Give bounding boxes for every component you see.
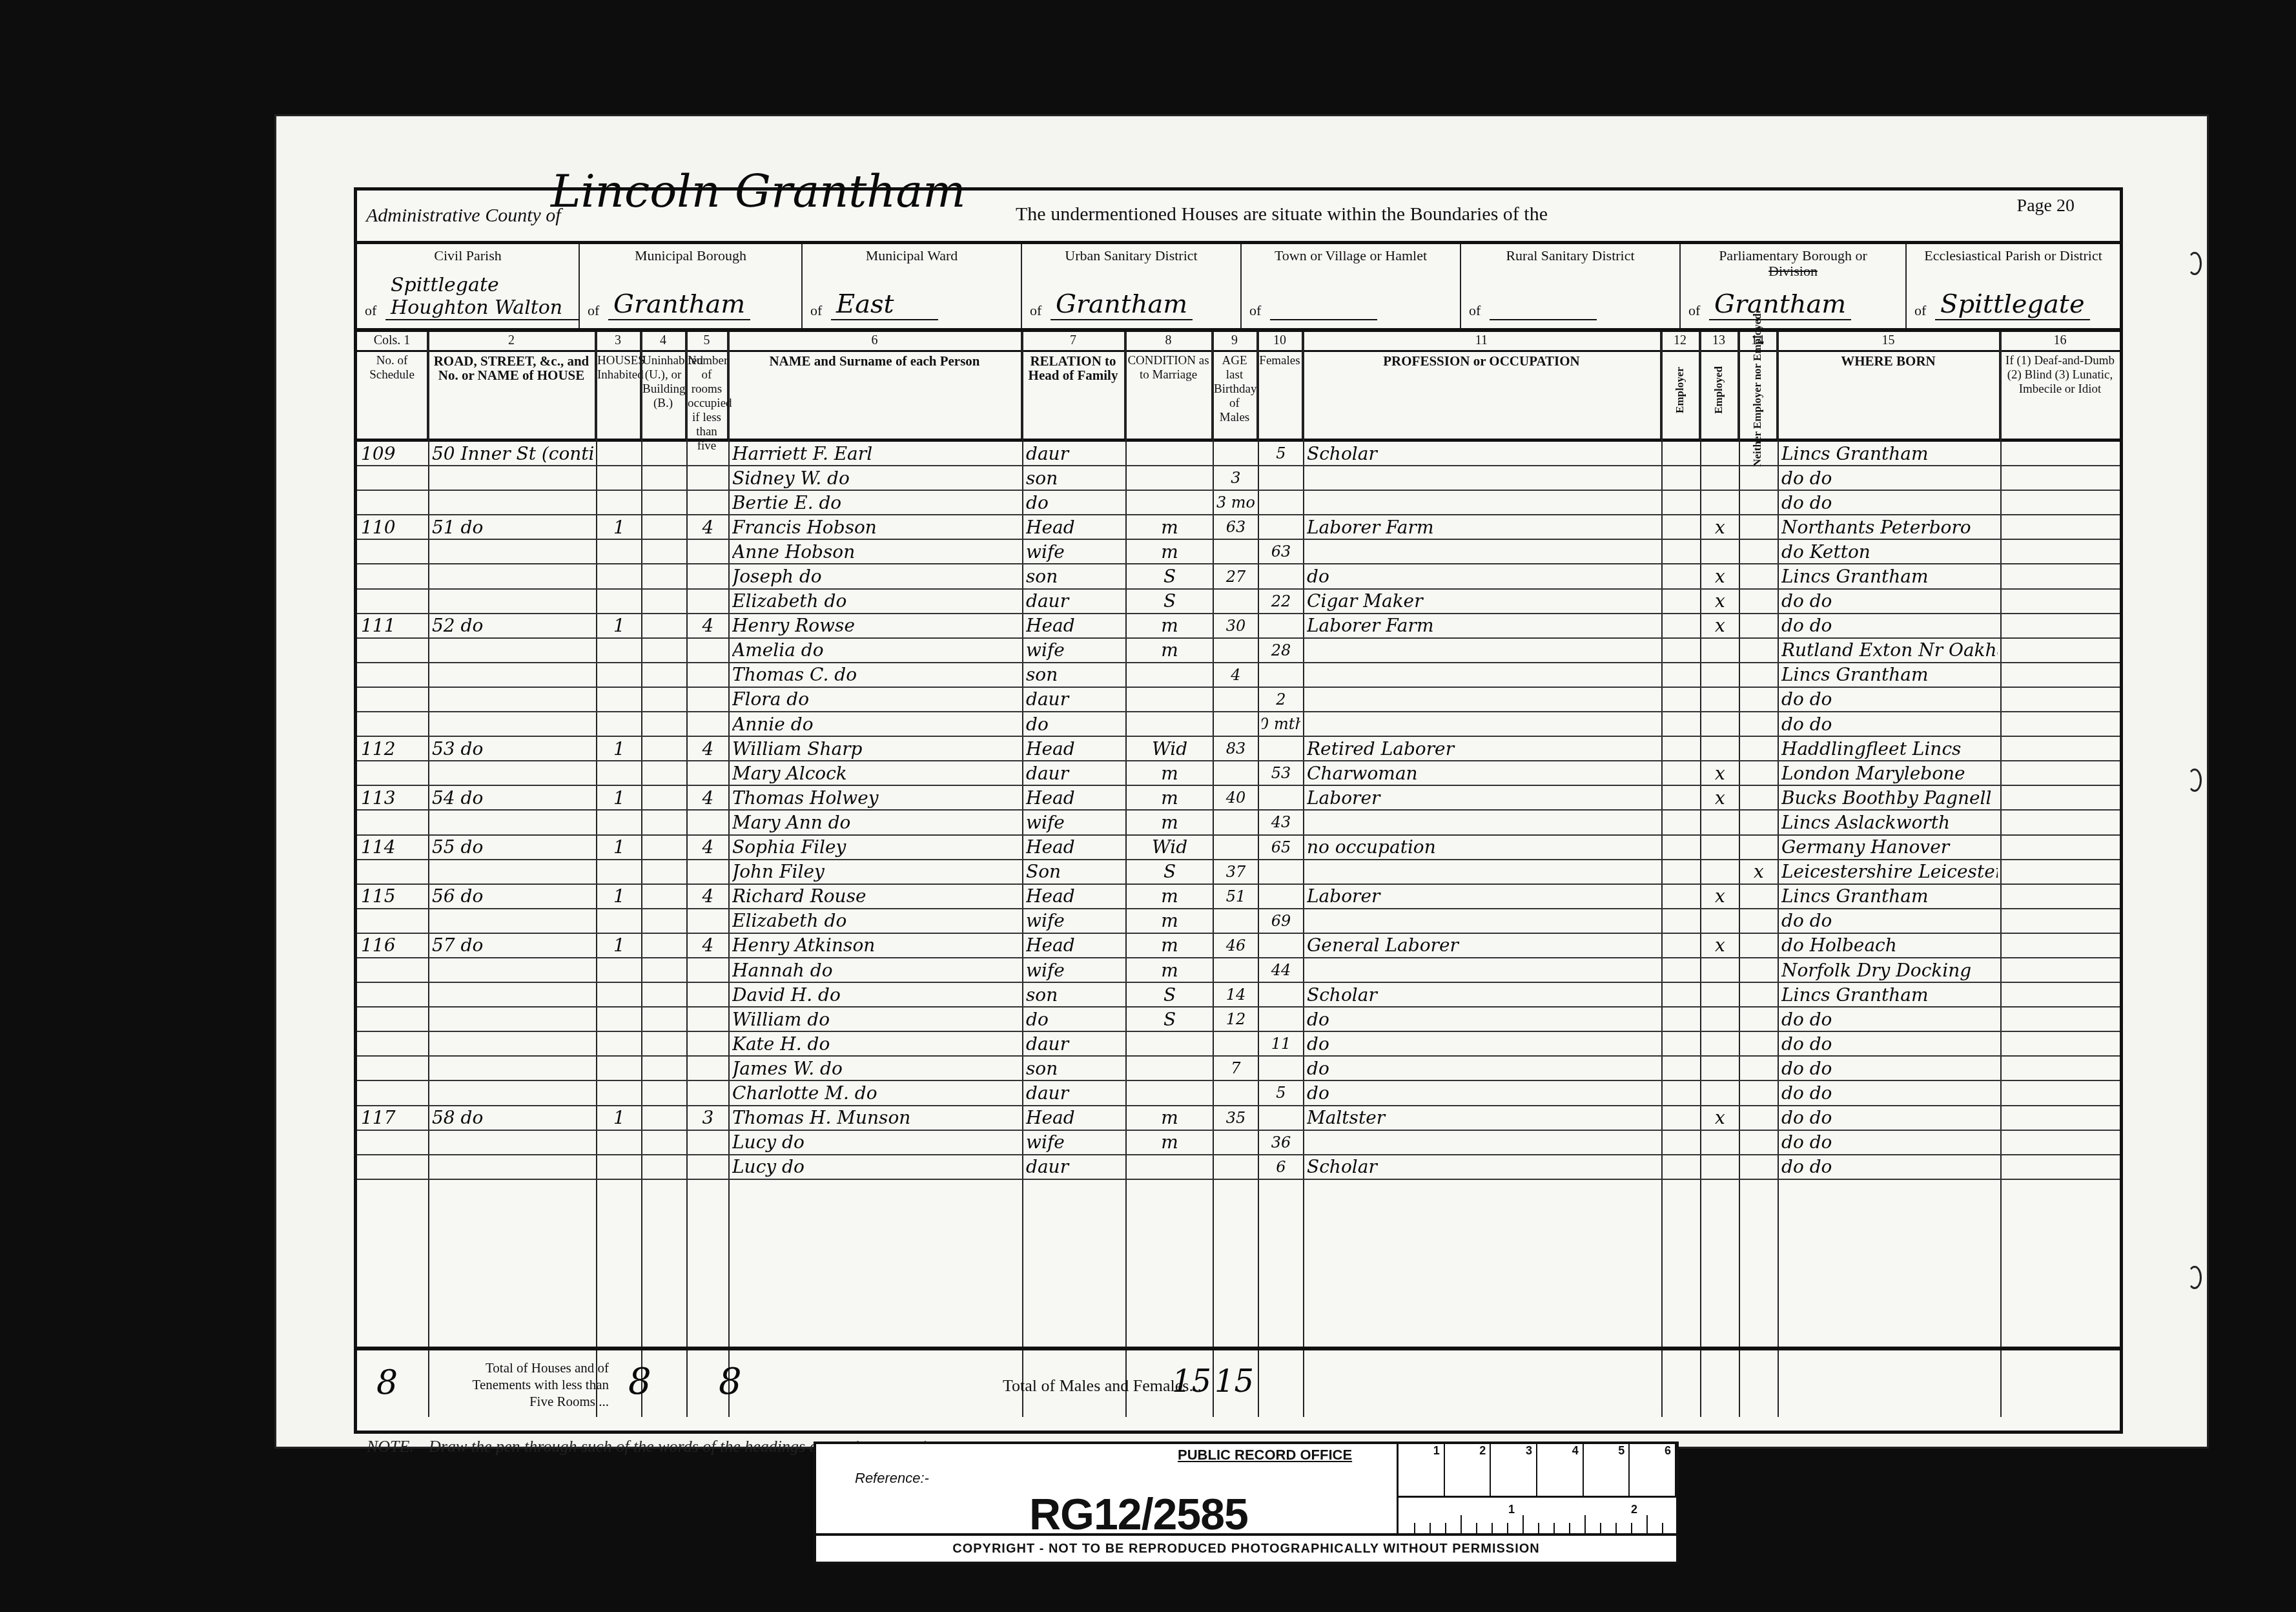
infirmity-cell [2004, 1131, 2117, 1154]
employer-cell [1665, 1057, 1697, 1080]
name-cell: William Sharp [732, 737, 1020, 760]
employer-cell [1665, 1155, 1697, 1179]
occupation-cell [1307, 540, 1659, 563]
column-number: 15 [1778, 333, 1999, 352]
employed-cell [1704, 860, 1736, 883]
table-row: Lucy dodaur6Scholardo do [357, 1155, 2120, 1180]
column-heading: Employer [1674, 367, 1686, 413]
column-heading: Employed [1712, 366, 1725, 414]
rooms-cell: 4 [690, 786, 726, 809]
rooms-cell [690, 761, 726, 785]
infirmity-cell [2004, 885, 2117, 908]
rooms-cell: 3 [690, 1106, 726, 1130]
age-males-cell: 35 [1216, 1106, 1255, 1130]
schedule-cell [361, 1131, 425, 1154]
ruler-tick [1522, 1515, 1524, 1534]
table-row: 11253 do14William SharpHeadWid83Retired … [357, 737, 2120, 761]
where-born-cell: Bucks Boothby Pagnell [1781, 786, 1998, 809]
schedule-cell: 109 [361, 442, 425, 465]
name-cell: Mary Ann do [732, 811, 1020, 834]
address-cell [432, 983, 593, 1006]
column-number: 9 [1213, 333, 1256, 352]
where-born-cell: Germany Hanover [1781, 836, 1998, 859]
name-cell: Henry Atkinson [732, 934, 1020, 957]
name-cell: Joseph do [732, 564, 1020, 588]
header-employed-col: 13Employed [1700, 332, 1739, 439]
schedule-cell: 116 [361, 934, 425, 957]
condition-cell: m [1129, 1131, 1210, 1154]
employed-cell [1704, 909, 1736, 933]
column-headers: Cols. 1No. of Schedule2ROAD, STREET, &c.… [357, 332, 2120, 442]
rooms-cell [690, 958, 726, 982]
age-females-cell [1262, 614, 1300, 637]
employed-cell: x [1704, 1106, 1736, 1130]
employer-cell [1665, 491, 1697, 514]
employer-cell [1665, 860, 1697, 883]
address-cell [432, 1081, 593, 1104]
employed-cell [1704, 1081, 1736, 1104]
relation-cell: Head [1026, 1106, 1123, 1130]
column-heading: NAME and Surname of each Person [730, 354, 1020, 368]
column-heading: PROFESSION or OCCUPATION [1304, 354, 1659, 368]
area-rural-sanitary-district: Rural Sanitary District of [1461, 244, 1681, 328]
schedule-cell: 112 [361, 737, 425, 760]
where-born-cell: do do [1781, 1155, 1998, 1179]
address-cell [432, 1131, 593, 1154]
where-born-cell: Lincs Grantham [1781, 442, 1998, 465]
age-males-cell [1216, 540, 1255, 563]
address-cell [432, 1057, 593, 1080]
occupation-cell: Laborer Farm [1307, 614, 1659, 637]
schedule-cell [361, 1081, 425, 1104]
name-cell: Mary Alcock [732, 761, 1020, 785]
employer-cell [1665, 909, 1697, 933]
reference-code: RG12/2585 [1029, 1489, 1248, 1540]
name-cell: Thomas C. do [732, 663, 1020, 687]
condition-cell [1129, 442, 1210, 465]
schedule-cell [361, 688, 425, 711]
inhabited-cell [600, 590, 639, 613]
address-cell: 56 do [432, 885, 593, 908]
infirmity-cell [2004, 786, 2117, 809]
name-cell: David H. do [732, 983, 1020, 1006]
age-females-cell [1262, 466, 1300, 490]
employer-cell [1665, 639, 1697, 662]
name-cell: Harriett F. Earl [732, 442, 1020, 465]
area-town-village: Town or Village or Hamlet of [1242, 244, 1461, 328]
schedule-cell: 117 [361, 1106, 425, 1130]
rooms-cell [690, 466, 726, 490]
condition-cell [1129, 1057, 1210, 1080]
ecclesiastical-parish-value: Spittlegate [1935, 289, 2090, 320]
age-females-cell [1262, 663, 1300, 687]
header-inhabited-col: 3HOUSES Inhabited [596, 332, 641, 439]
rooms-cell [690, 491, 726, 514]
table-row: Kate H. dodaur11dodo do [357, 1032, 2120, 1057]
condition-cell [1129, 1081, 1210, 1104]
age-females-cell [1262, 564, 1300, 588]
employer-cell [1665, 515, 1697, 539]
boundaries-text: The undermentioned Houses are situate wi… [1016, 203, 1548, 225]
employer-cell [1665, 1081, 1697, 1104]
rooms-cell [690, 712, 726, 736]
total-schedules: 8 [376, 1363, 398, 1402]
column-heading: RELATION to Head of Family [1023, 354, 1123, 382]
where-born-cell: do do [1781, 1106, 1998, 1130]
address-cell: 55 do [432, 836, 593, 859]
ruler-cm-mark: 6 [1630, 1444, 1676, 1496]
occupation-cell [1307, 466, 1659, 490]
employed-cell [1704, 491, 1736, 514]
relation-cell: son [1026, 663, 1123, 687]
where-born-cell: Lincs Grantham [1781, 983, 1998, 1006]
age-females-cell: 63 [1262, 540, 1300, 563]
occupation-cell [1307, 663, 1659, 687]
infirmity-cell [2004, 983, 2117, 1006]
inhabited-cell [600, 983, 639, 1006]
neither-cell [1743, 786, 1775, 809]
age-females-cell [1262, 515, 1300, 539]
employed-cell [1704, 639, 1736, 662]
table-row: Hannah dowifem44Norfolk Dry Docking [357, 958, 2120, 983]
infirmity-cell [2004, 491, 2117, 514]
age-males-cell: 7 [1216, 1057, 1255, 1080]
where-born-cell: Haddlingfleet Lincs [1781, 737, 1998, 760]
rooms-cell [690, 590, 726, 613]
relation-cell: wife [1026, 540, 1123, 563]
age-males-cell: 27 [1216, 564, 1255, 588]
employed-cell [1704, 663, 1736, 687]
address-cell [432, 663, 593, 687]
neither-cell: x [1743, 860, 1775, 883]
infirmity-cell [2004, 466, 2117, 490]
occupation-cell: do [1307, 1057, 1659, 1080]
where-born-cell: do do [1781, 1008, 1998, 1031]
where-born-cell: Lincs Grantham [1781, 564, 1998, 588]
employed-cell [1704, 737, 1736, 760]
condition-cell: m [1129, 614, 1210, 637]
column-number: 16 [2000, 333, 2120, 352]
age-females-cell [1262, 786, 1300, 809]
infirmity-cell [2004, 1106, 2117, 1130]
condition-cell: m [1129, 639, 1210, 662]
inhabited-cell [600, 909, 639, 933]
ruler-tick [1646, 1515, 1648, 1534]
occupation-cell: Laborer Farm [1307, 515, 1659, 539]
area-urban-sanitary-district: Urban Sanitary District of Grantham [1022, 244, 1242, 328]
condition-cell: S [1129, 564, 1210, 588]
employed-cell [1704, 1032, 1736, 1055]
inhabited-cell [600, 1008, 639, 1031]
area-municipal-ward: Municipal Ward of East [803, 244, 1022, 328]
address-cell [432, 860, 593, 883]
relation-cell: do [1026, 1008, 1123, 1031]
name-cell: Richard Rouse [732, 885, 1020, 908]
houses-total-label: Total of Houses and of Tenements with le… [447, 1359, 609, 1410]
rooms-cell [690, 909, 726, 933]
condition-cell [1129, 688, 1210, 711]
column-number: 12 [1661, 333, 1699, 352]
header-age-males-col: 9AGE last Birthday of Males [1213, 332, 1258, 439]
age-males-cell [1216, 836, 1255, 859]
condition-cell [1129, 1155, 1210, 1179]
schedule-cell [361, 1155, 425, 1179]
relation-cell: daur [1026, 761, 1123, 785]
area-civil-parish: Civil Parish of Spittlegate Houghton Wal… [357, 244, 580, 328]
employer-cell [1665, 540, 1697, 563]
rooms-cell: 4 [690, 614, 726, 637]
where-born-cell: do do [1781, 466, 1998, 490]
employed-cell [1704, 540, 1736, 563]
relation-cell: do [1026, 712, 1123, 736]
rooms-cell [690, 442, 726, 465]
address-cell: 57 do [432, 934, 593, 957]
relation-cell: Head [1026, 885, 1123, 908]
name-cell: Francis Hobson [732, 515, 1020, 539]
address-cell [432, 811, 593, 834]
occupation-cell: Laborer [1307, 885, 1659, 908]
admin-county-label: Administrative County of [366, 205, 561, 227]
age-males-cell [1216, 712, 1255, 736]
age-males-cell: 14 [1216, 983, 1255, 1006]
where-born-cell: do Ketton [1781, 540, 1998, 563]
rooms-cell [690, 639, 726, 662]
inhabited-cell: 1 [600, 614, 639, 637]
age-females-cell [1262, 983, 1300, 1006]
relation-cell: Head [1026, 934, 1123, 957]
table-row: Sidney W. doson3do do [357, 466, 2120, 491]
total-females: 15 [1215, 1363, 1254, 1400]
rooms-cell: 4 [690, 934, 726, 957]
table-row: Flora dodaur2do do [357, 688, 2120, 712]
age-males-cell [1216, 958, 1255, 982]
household-rows: 10950 Inner St (continued)Harriett F. Ea… [357, 442, 2120, 1180]
neither-cell [1743, 909, 1775, 933]
neither-cell [1743, 1106, 1775, 1130]
infirmity-cell [2004, 639, 2117, 662]
where-born-cell: do do [1781, 909, 1998, 933]
schedule-cell [361, 466, 425, 490]
municipal-ward-value: East [831, 289, 938, 320]
inhabited-cell [600, 811, 639, 834]
schedule-cell [361, 761, 425, 785]
relation-cell: wife [1026, 909, 1123, 933]
where-born-cell: Lincs Aslackworth [1781, 811, 1998, 834]
table-row: 11455 do14Sophia FileyHeadWid65no occupa… [357, 836, 2120, 860]
town-village-value [1270, 319, 1377, 320]
column-number: 6 [728, 333, 1021, 352]
rooms-cell [690, 983, 726, 1006]
header-neither-col: 14Neither Employer nor Employed [1739, 332, 1778, 439]
age-females-cell [1262, 1106, 1300, 1130]
schedule-cell: 113 [361, 786, 425, 809]
inhabited-cell [600, 860, 639, 883]
address-cell [432, 491, 593, 514]
admin-county-value: Lincoln Grantham [551, 165, 966, 218]
table-row: 11657 do14Henry AtkinsonHeadm46General L… [357, 934, 2120, 958]
address-cell: 52 do [432, 614, 593, 637]
employed-cell: x [1704, 761, 1736, 785]
occupation-cell: no occupation [1307, 836, 1659, 859]
occupation-cell: Charwoman [1307, 761, 1659, 785]
ruler-cm-mark: 4 [1537, 1444, 1584, 1496]
occupation-cell: do [1307, 1032, 1659, 1055]
neither-cell [1743, 466, 1775, 490]
occupation-cell [1307, 491, 1659, 514]
table-row: Mary Alcockdaurm53CharwomanxLondon Maryl… [357, 761, 2120, 786]
employed-cell: x [1704, 590, 1736, 613]
inhabited-cell: 1 [600, 737, 639, 760]
age-males-cell: 30 [1216, 614, 1255, 637]
rooms-cell [690, 1131, 726, 1154]
inhabited-cell: 1 [600, 934, 639, 957]
where-born-cell: do Holbeach [1781, 934, 1998, 957]
schedule-cell [361, 491, 425, 514]
schedule-cell [361, 1057, 425, 1080]
infirmity-cell [2004, 1155, 2117, 1179]
infirmity-cell [2004, 688, 2117, 711]
relation-cell: wife [1026, 958, 1123, 982]
employed-cell: x [1704, 564, 1736, 588]
neither-cell [1743, 885, 1775, 908]
schedule-cell [361, 540, 425, 563]
employed-cell [1704, 1057, 1736, 1080]
table-row: Mary Ann dowifem43Lincs Aslackworth [357, 811, 2120, 835]
copyright-notice: COPYRIGHT - NOT TO BE REPRODUCED PHOTOGR… [816, 1533, 1676, 1562]
condition-cell [1129, 663, 1210, 687]
ruler-tick [1584, 1515, 1586, 1534]
employed-cell: x [1704, 786, 1736, 809]
header-age-females-col: 10Females [1258, 332, 1303, 439]
total-tenements: 8 [719, 1361, 742, 1403]
age-males-cell [1216, 1131, 1255, 1154]
census-form: Administrative County of Lincoln Grantha… [354, 187, 2123, 1434]
inhabited-cell [600, 712, 639, 736]
infirmity-cell [2004, 515, 2117, 539]
name-cell: William do [732, 1008, 1020, 1031]
where-born-cell: Northants Peterboro [1781, 515, 1998, 539]
employer-cell [1665, 590, 1697, 613]
schedule-cell: 114 [361, 836, 425, 859]
header-relation-col: 7RELATION to Head of Family [1022, 332, 1125, 439]
name-cell: Lucy do [732, 1131, 1020, 1154]
header-employer-col: 12Employer [1661, 332, 1700, 439]
neither-cell [1743, 1081, 1775, 1104]
relation-cell: son [1026, 1057, 1123, 1080]
age-females-cell [1262, 737, 1300, 760]
employed-cell [1704, 958, 1736, 982]
condition-cell [1129, 491, 1210, 514]
inhabited-cell [600, 688, 639, 711]
age-females-cell: 28 [1262, 639, 1300, 662]
reference-label: PUBLIC RECORD OFFICE Reference:- RG12/25… [814, 1441, 1679, 1564]
ruler-cm-mark: 5 [1584, 1444, 1630, 1496]
table-row: Elizabeth dodaurS22Cigar Makerxdo do [357, 590, 2120, 614]
name-cell: Lucy do [732, 1155, 1020, 1179]
schedule-cell [361, 639, 425, 662]
occupation-cell: do [1307, 564, 1659, 588]
employed-cell [1704, 1131, 1736, 1154]
column-heading: AGE last Birthday of Males [1214, 354, 1255, 425]
condition-cell: m [1129, 515, 1210, 539]
header-address-col: 2ROAD, STREET, &c., and No. or NAME of H… [428, 332, 596, 439]
occupation-cell [1307, 639, 1659, 662]
employed-cell [1704, 442, 1736, 465]
infirmity-cell [2004, 663, 2117, 687]
age-females-cell [1262, 860, 1300, 883]
address-cell [432, 1155, 593, 1179]
where-born-cell: do do [1781, 688, 1998, 711]
age-males-cell [1216, 1081, 1255, 1104]
occupation-cell [1307, 811, 1659, 834]
header-infirmity-col: 16If (1) Deaf-and-Dumb (2) Blind (3) Lun… [2000, 332, 2120, 439]
infirmity-cell [2004, 811, 2117, 834]
rooms-cell [690, 1057, 726, 1080]
condition-cell: Wid [1129, 836, 1210, 859]
area-parliamentary-borough: Parliamentary Borough orDivision of Gran… [1681, 244, 1907, 328]
header-where-born-col: 15WHERE BORN [1778, 332, 2000, 439]
punch-hole-icon [2188, 769, 2202, 792]
employer-cell [1665, 1131, 1697, 1154]
condition-cell: m [1129, 786, 1210, 809]
age-males-cell [1216, 1155, 1255, 1179]
inhabited-cell [600, 761, 639, 785]
inhabited-cell [600, 663, 639, 687]
neither-cell [1743, 761, 1775, 785]
schedule-cell [361, 712, 425, 736]
table-row: 11758 do13Thomas H. MunsonHeadm35Maltste… [357, 1106, 2120, 1131]
neither-cell [1743, 712, 1775, 736]
employed-cell: x [1704, 885, 1736, 908]
age-males-cell [1216, 761, 1255, 785]
address-cell [432, 688, 593, 711]
table-row: John FileySonS37xLeicestershire Leiceste… [357, 860, 2120, 885]
inhabited-cell [600, 958, 639, 982]
occupation-cell [1307, 712, 1659, 736]
age-females-cell [1262, 934, 1300, 957]
rooms-cell [690, 811, 726, 834]
rooms-cell [690, 540, 726, 563]
age-females-cell: 6 [1262, 1155, 1300, 1179]
rooms-cell [690, 688, 726, 711]
address-cell: 51 do [432, 515, 593, 539]
address-cell [432, 466, 593, 490]
table-row: Lucy dowifem36do do [357, 1131, 2120, 1155]
area-headers: Civil Parish of Spittlegate Houghton Wal… [357, 244, 2120, 332]
schedule-cell [361, 983, 425, 1006]
totals-row: 8 Total of Houses and of Tenements with … [357, 1347, 2120, 1421]
condition-cell: m [1129, 885, 1210, 908]
employer-cell [1665, 1032, 1697, 1055]
occupation-cell: Cigar Maker [1307, 590, 1659, 613]
inhabited-cell [600, 442, 639, 465]
column-heading: Uninhabited (U.), or Building (B.) [642, 354, 684, 411]
name-cell: Thomas Holwey [732, 786, 1020, 809]
infirmity-cell [2004, 614, 2117, 637]
address-cell [432, 1032, 593, 1055]
address-cell [432, 590, 593, 613]
title-row: Administrative County of Lincoln Grantha… [357, 191, 2120, 244]
name-cell: Hannah do [732, 958, 1020, 982]
where-born-cell: Leicestershire Leicester [1781, 860, 1998, 883]
ruler-cm-mark: 1 [1399, 1444, 1445, 1496]
ruler-tick [1461, 1515, 1462, 1534]
rural-sanitary-district-value [1490, 319, 1597, 320]
urban-sanitary-district-value: Grantham [1051, 289, 1193, 320]
neither-cell [1743, 836, 1775, 859]
where-born-cell: do do [1781, 1057, 1998, 1080]
schedule-cell: 115 [361, 885, 425, 908]
